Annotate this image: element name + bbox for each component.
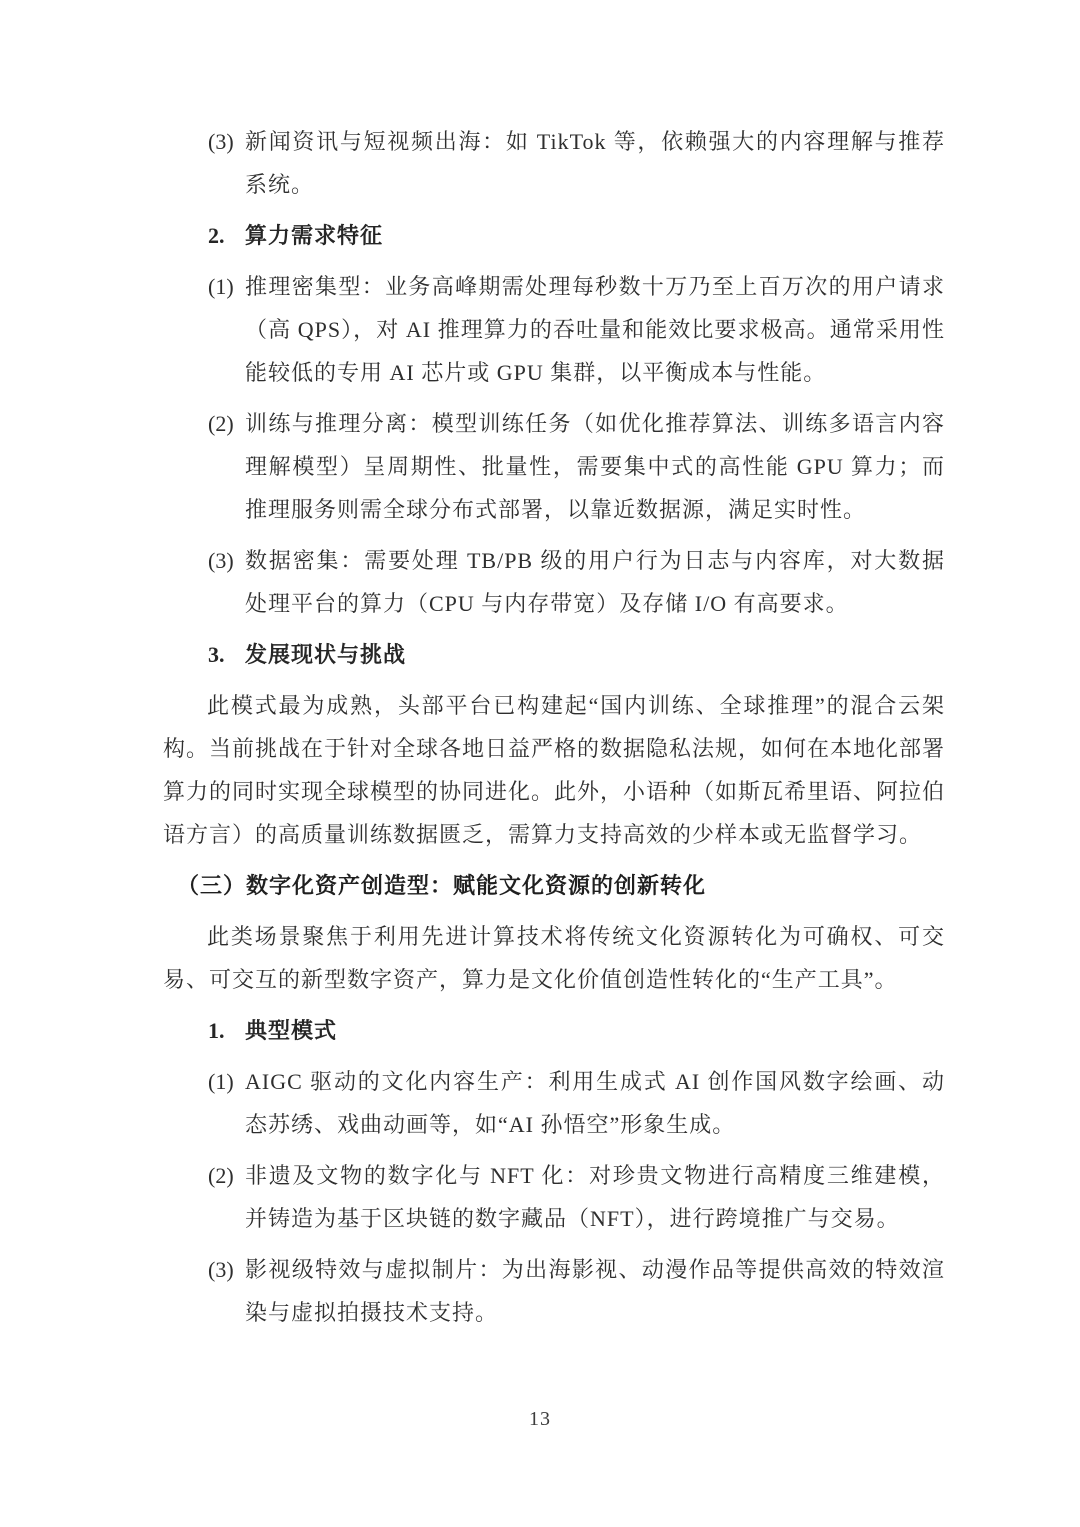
item-marker: (2)	[208, 402, 234, 445]
item-marker: 3.	[208, 633, 225, 676]
item-marker: (3)	[208, 539, 234, 582]
item-text: 数据密集：需要处理 TB/PB 级的用户行为日志与内容库，对大数据处理平台的算力…	[245, 548, 945, 616]
item-text: 算力需求特征	[245, 223, 383, 248]
item-marker: 2.	[208, 214, 225, 257]
item-text: 非遗及文物的数字化与 NFT 化：对珍贵文物进行高精度三维建模，并铸造为基于区块…	[245, 1163, 945, 1231]
list-item: (2)非遗及文物的数字化与 NFT 化：对珍贵文物进行高精度三维建模，并铸造为基…	[163, 1154, 945, 1240]
item-marker: (1)	[208, 265, 234, 308]
document-page: (3)新闻资讯与短视频出海：如 TikTok 等，依赖强大的内容理解与推荐系统。…	[0, 0, 1080, 1527]
numbered-heading: 1.典型模式	[163, 1009, 945, 1052]
item-text: 推理密集型：业务高峰期需处理每秒数十万乃至上百万次的用户请求（高 QPS），对 …	[245, 274, 945, 385]
numbered-heading: 3.发展现状与挑战	[163, 633, 945, 676]
list-item: (3)新闻资讯与短视频出海：如 TikTok 等，依赖强大的内容理解与推荐系统。	[163, 120, 945, 206]
item-marker: (3)	[208, 1248, 234, 1291]
item-text: AIGC 驱动的文化内容生产：利用生成式 AI 创作国风数字绘画、动态苏绣、戏曲…	[245, 1069, 945, 1137]
page-content: (3)新闻资讯与短视频出海：如 TikTok 等，依赖强大的内容理解与推荐系统。…	[163, 120, 945, 1342]
body-paragraph: 此类场景聚焦于利用先进计算技术将传统文化资源转化为可确权、可交易、可交互的新型数…	[163, 915, 945, 1001]
item-text: 典型模式	[245, 1018, 337, 1043]
item-text: 影视级特效与虚拟制片：为出海影视、动漫作品等提供高效的特效渲染与虚拟拍摄技术支持…	[245, 1257, 945, 1325]
body-paragraph: 此模式最为成熟，头部平台已构建起“国内训练、全球推理”的混合云架构。当前挑战在于…	[163, 684, 945, 856]
item-marker: (1)	[208, 1060, 234, 1103]
item-marker: 1.	[208, 1009, 225, 1052]
item-text: 新闻资讯与短视频出海：如 TikTok 等，依赖强大的内容理解与推荐系统。	[245, 129, 945, 197]
numbered-heading: 2.算力需求特征	[163, 214, 945, 257]
list-item: (3)数据密集：需要处理 TB/PB 级的用户行为日志与内容库，对大数据处理平台…	[163, 539, 945, 625]
item-text: 训练与推理分离：模型训练任务（如优化推荐算法、训练多语言内容理解模型）呈周期性、…	[245, 411, 945, 522]
list-item: (3)影视级特效与虚拟制片：为出海影视、动漫作品等提供高效的特效渲染与虚拟拍摄技…	[163, 1248, 945, 1334]
list-item: (2)训练与推理分离：模型训练任务（如优化推荐算法、训练多语言内容理解模型）呈周…	[163, 402, 945, 531]
item-marker: (2)	[208, 1154, 234, 1197]
page-number: 13	[0, 1408, 1080, 1431]
section-heading: （三）数字化资产创造型：赋能文化资源的创新转化	[163, 864, 945, 907]
item-text: 发展现状与挑战	[245, 642, 406, 667]
list-item: (1)推理密集型：业务高峰期需处理每秒数十万乃至上百万次的用户请求（高 QPS）…	[163, 265, 945, 394]
item-marker: (3)	[208, 120, 234, 163]
list-item: (1)AIGC 驱动的文化内容生产：利用生成式 AI 创作国风数字绘画、动态苏绣…	[163, 1060, 945, 1146]
